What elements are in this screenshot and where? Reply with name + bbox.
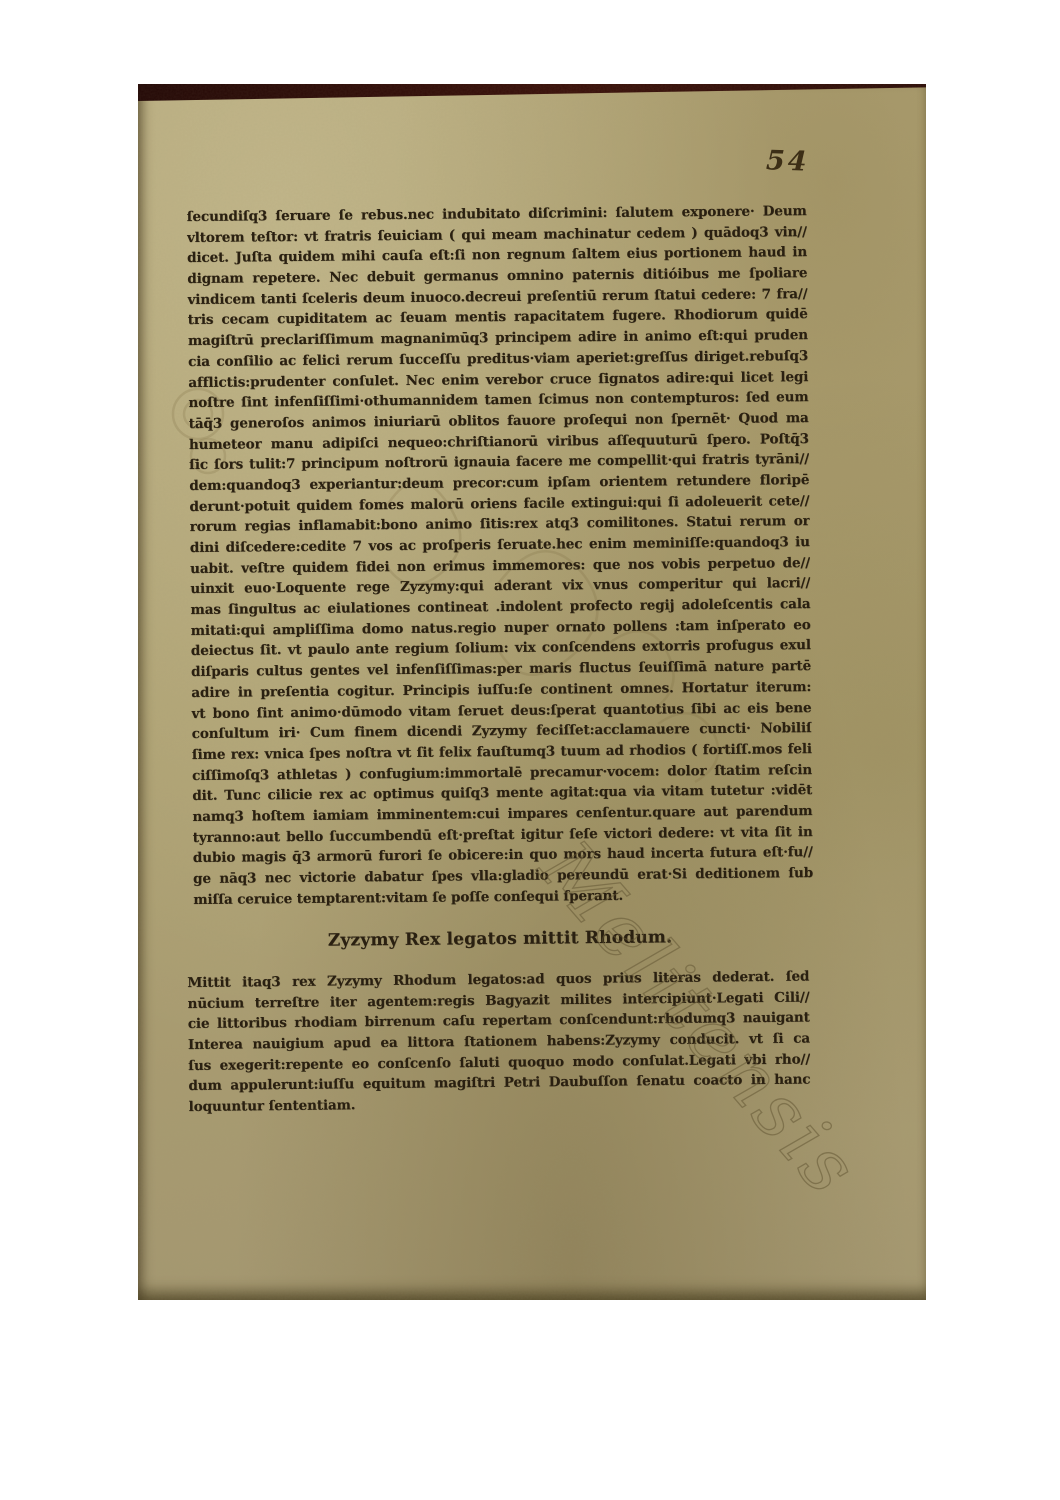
book-page-scan: 54 ſecundiſq3 ſeruare ſe rebus.nec indub… xyxy=(138,84,926,1300)
main-text-block: ſecundiſq3 ſeruare ſe rebus.nec indubita… xyxy=(187,201,814,910)
folio-number: 54 xyxy=(765,145,810,178)
section-heading: Zyzymy Rex legatos mittit Rhodum. xyxy=(190,926,810,952)
binding-edge xyxy=(138,84,926,101)
